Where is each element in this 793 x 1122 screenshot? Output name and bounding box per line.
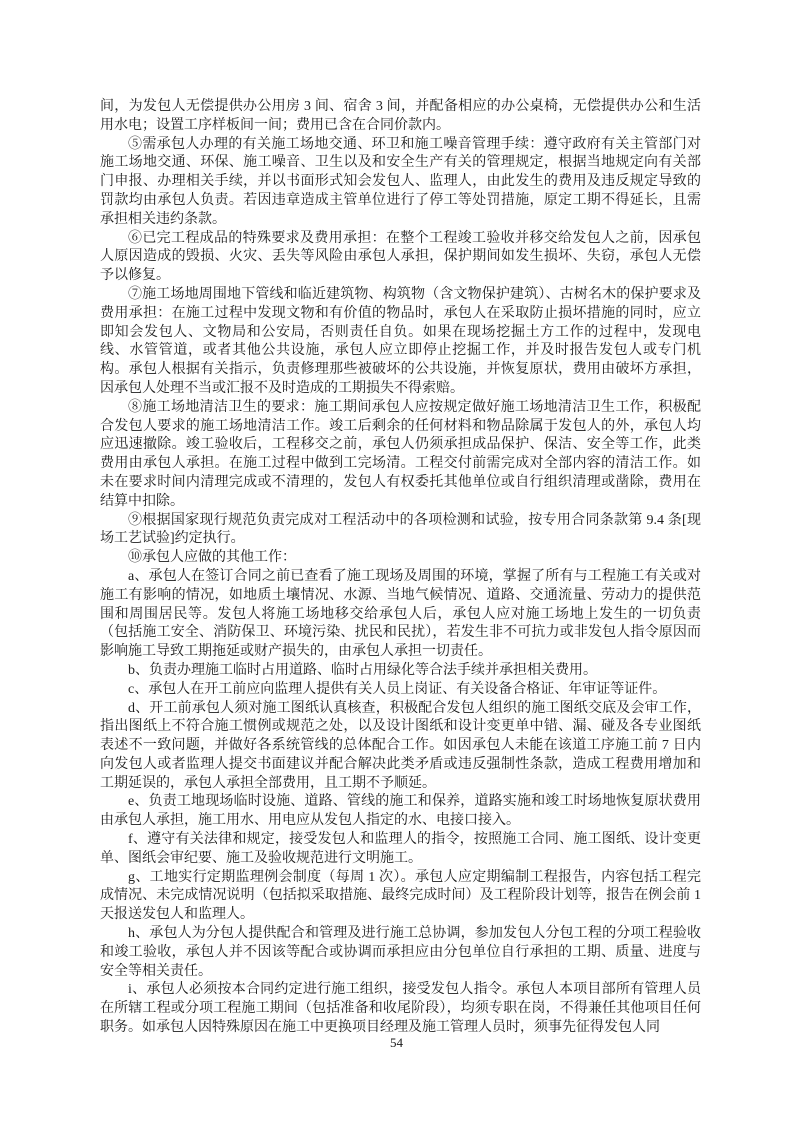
paragraph-clause-7: ⑦施工场地周围地下管线和临近建筑物、构筑物（含文物保护建筑）、古树名木的保护要求… [100, 286, 701, 399]
paragraph-item-a: a、承包人在签订合同之前已查看了施工现场及周围的环境，掌握了所有与工程施工有关或… [100, 568, 701, 662]
paragraph-item-g: g、工地实行定期监理例会制度（每周 1 次）。承包人应定期编制工程报告，内容包括… [100, 869, 701, 925]
page-footer: 54 [0, 1035, 793, 1051]
paragraph-item-b: b、负责办理施工临时占用道路、临时占用绿化等合法手续并承担相关费用。 [100, 662, 701, 681]
paragraph-clause-6: ⑥已完工程成品的特殊要求及费用承担：在整个工程竣工验收并移交给发包人之前，因承包… [100, 230, 701, 286]
paragraph-item-e: e、负责工地现场临时设施、道路、管线的施工和保养，道路实施和竣工时场地恢复原状费… [100, 793, 701, 831]
paragraph-continuation: 间，为发包人无偿提供办公用房 3 间、宿舍 3 间，并配备相应的办公桌椅，无偿提… [100, 98, 701, 136]
paragraph-item-i: i、承包人必须按本合同约定进行施工组织，接受发包人指令。承包人本项目部所有管理人… [100, 981, 701, 1037]
paragraph-clause-9: ⑨根据国家现行规范负责完成对工程活动中的各项检测和试验，按专用合同条款第 9.4… [100, 512, 701, 550]
paragraph-item-c: c、承包人在开工前应向监理人提供有关人员上岗证、有关设备合格证、年审证等证件。 [100, 681, 701, 700]
paragraph-item-d: d、开工前承包人须对施工图纸认真核查，积极配合发包人组织的施工图纸交底及会审工作… [100, 700, 701, 794]
paragraph-item-h: h、承包人为分包人提供配合和管理及进行施工总协调，参加发包人分包工程的分项工程验… [100, 925, 701, 981]
document-content: 间，为发包人无偿提供办公用房 3 间、宿舍 3 间，并配备相应的办公桌椅，无偿提… [100, 98, 701, 1038]
page-number: 54 [390, 1035, 403, 1050]
paragraph-clause-10: ⑩承包人应做的其他工作： [100, 549, 701, 568]
paragraph-clause-5: ⑤需承包人办理的有关施工场地交通、环卫和施工噪音管理手续：遵守政府有关主管部门对… [100, 136, 701, 230]
document-page: 间，为发包人无偿提供办公用房 3 间、宿舍 3 间，并配备相应的办公桌椅，无偿提… [0, 0, 793, 1122]
paragraph-clause-8: ⑧施工场地清洁卫生的要求：施工期间承包人应按规定做好施工场地清洁卫生工作，积极配… [100, 399, 701, 512]
paragraph-item-f: f、遵守有关法律和规定，接受发包人和监理人的指令，按照施工合同、施工图纸、设计变… [100, 831, 701, 869]
